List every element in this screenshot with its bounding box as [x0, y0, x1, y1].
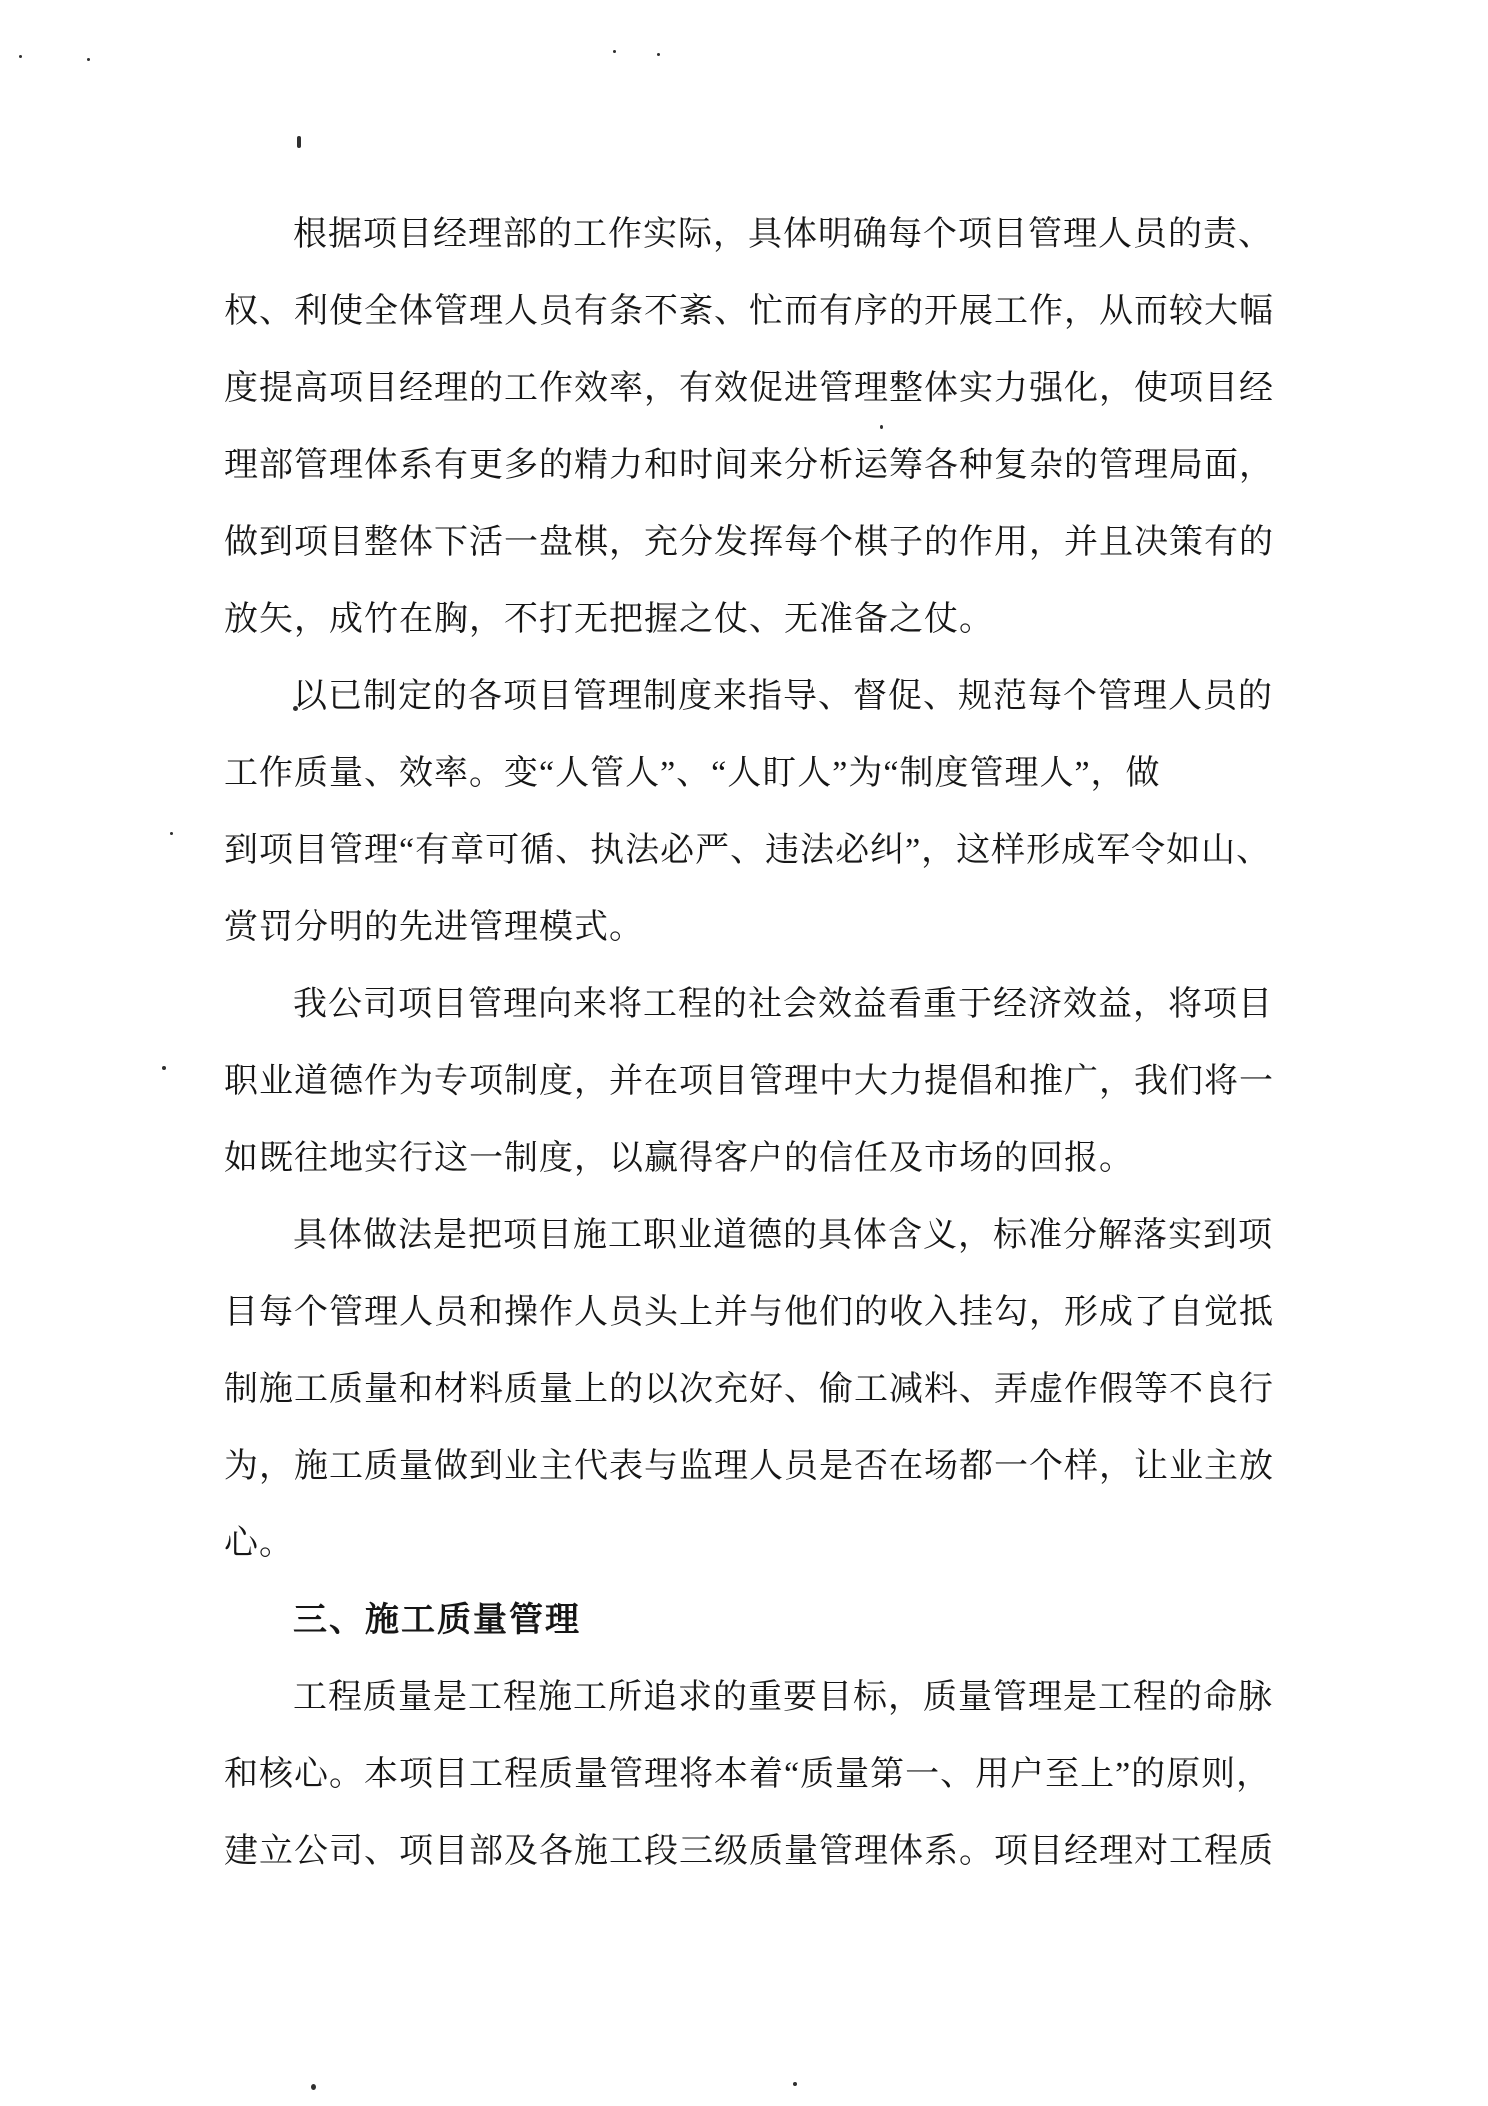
scan-speck	[297, 136, 301, 148]
text-line: 心。	[224, 1505, 1276, 1582]
scanned-document-page: 根据项目经理部的工作实际，具体明确每个项目管理人员的责、 权、利使全体管理人员有…	[0, 0, 1488, 2106]
text-line: 根据项目经理部的工作实际，具体明确每个项目管理人员的责、	[224, 196, 1276, 273]
section-heading: 三、施工质量管理	[224, 1582, 1276, 1659]
paragraph-1: 根据项目经理部的工作实际，具体明确每个项目管理人员的责、 权、利使全体管理人员有…	[224, 196, 1276, 658]
text-line: 和核心。本项目工程质量管理将本着“质量第一、用户至上”的原则，	[224, 1736, 1276, 1813]
document-body: 根据项目经理部的工作实际，具体明确每个项目管理人员的责、 权、利使全体管理人员有…	[224, 196, 1276, 1890]
scan-speck	[87, 58, 90, 61]
scan-speck	[657, 53, 660, 56]
scan-speck	[162, 1066, 166, 1070]
text-line: 建立公司、项目部及各施工段三级质量管理体系。项目经理对工程质	[224, 1813, 1276, 1890]
text-line: 为，施工质量做到业主代表与监理人员是否在场都一个样，让业主放	[224, 1428, 1276, 1505]
text-line: 职业道德作为专项制度，并在项目管理中大力提倡和推广，我们将一	[224, 1043, 1276, 1120]
paragraph-3: 我公司项目管理向来将工程的社会效益看重于经济效益，将项目 职业道德作为专项制度，…	[224, 966, 1276, 1197]
section-heading-block: 三、施工质量管理	[224, 1582, 1276, 1659]
text-line: 目每个管理人员和操作人员头上并与他们的收入挂勾，形成了自觉抵	[224, 1274, 1276, 1351]
text-line: 理部管理体系有更多的精力和时间来分析运筹各种复杂的管理局面，	[224, 427, 1276, 504]
text-line: 权、利使全体管理人员有条不紊、忙而有序的开展工作，从而较大幅	[224, 273, 1276, 350]
text-line: 工作质量、效率。变“人管人”、“人盯人”为“制度管理人”，做	[224, 735, 1276, 812]
text-line: 制施工质量和材料质量上的以次充好、偷工减料、弄虚作假等不良行	[224, 1351, 1276, 1428]
text-line: 到项目管理“有章可循、执法必严、违法必纠”，这样形成军令如山、	[224, 812, 1276, 889]
text-line: 度提高项目经理的工作效率，有效促进管理整体实力强化，使项目经	[224, 350, 1276, 427]
paragraph-2: 以已制定的各项目管理制度来指导、督促、规范每个管理人员的 工作质量、效率。变“人…	[224, 658, 1276, 966]
text-line: 以已制定的各项目管理制度来指导、督促、规范每个管理人员的	[224, 658, 1276, 735]
scan-speck	[793, 2082, 797, 2086]
text-line: 如既往地实行这一制度，以赢得客户的信任及市场的回报。	[224, 1120, 1276, 1197]
text-line: 赏罚分明的先进管理模式。	[224, 889, 1276, 966]
text-line: 做到项目整体下活一盘棋，充分发挥每个棋子的作用，并且决策有的	[224, 504, 1276, 581]
paragraph-5: 工程质量是工程施工所追求的重要目标，质量管理是工程的命脉 和核心。本项目工程质量…	[224, 1659, 1276, 1890]
text-line: 放矢，成竹在胸，不打无把握之仗、无准备之仗。	[224, 581, 1276, 658]
scan-speck	[311, 2084, 316, 2090]
scan-speck	[613, 50, 616, 53]
text-line: 工程质量是工程施工所追求的重要目标，质量管理是工程的命脉	[224, 1659, 1276, 1736]
text-line: 具体做法是把项目施工职业道德的具体含义，标准分解落实到项	[224, 1197, 1276, 1274]
text-line: 我公司项目管理向来将工程的社会效益看重于经济效益，将项目	[224, 966, 1276, 1043]
scan-speck	[170, 832, 173, 835]
paragraph-4: 具体做法是把项目施工职业道德的具体含义，标准分解落实到项 目每个管理人员和操作人…	[224, 1197, 1276, 1582]
scan-speck	[19, 55, 22, 58]
